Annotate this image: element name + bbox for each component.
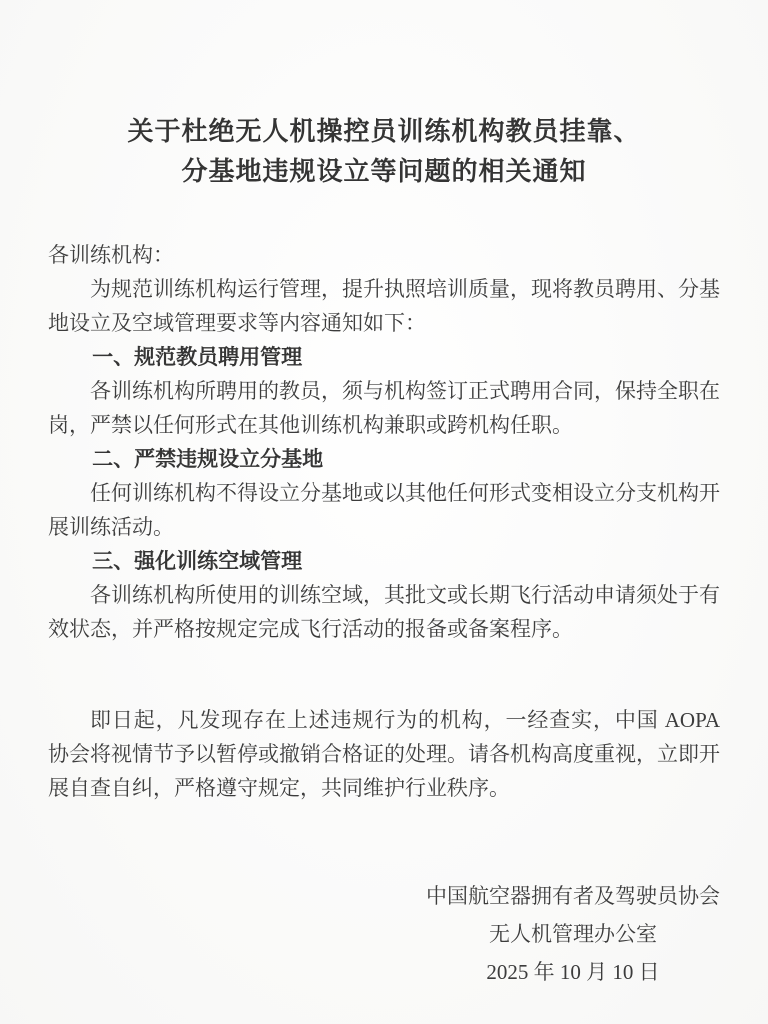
- signature-office: 无人机管理办公室: [426, 915, 720, 953]
- section-2-heading: 二、严禁违规设立分基地: [48, 442, 720, 476]
- section-3-body: 各训练机构所使用的训练空域，其批文或长期飞行活动申请须处于有效状态，并严格按规定…: [48, 578, 720, 646]
- signature-date: 2025 年 10 月 10 日: [426, 953, 720, 991]
- signature-inner: 中国航空器拥有者及驾驶员协会 无人机管理办公室 2025 年 10 月 10 日: [426, 877, 720, 991]
- section-2-body: 任何训练机构不得设立分基地或以其他任何形式变相设立分支机构开展训练活动。: [48, 476, 720, 544]
- intro-paragraph: 为规范训练机构运行管理，提升执照培训质量，现将教员聘用、分基地设立及空域管理要求…: [48, 272, 720, 340]
- closing-paragraph: 即日起，凡发现存在上述违规行为的机构，一经查实，中国 AOPA 协会将视情节予以…: [48, 703, 720, 805]
- page-title-line-1: 关于杜绝无人机操控员训练机构教员挂靠、: [48, 112, 720, 152]
- section-1-heading: 一、规范教员聘用管理: [48, 340, 720, 374]
- signature-organization: 中国航空器拥有者及驾驶员协会: [426, 877, 720, 915]
- notice-document-page: 关于杜绝无人机操控员训练机构教员挂靠、 分基地违规设立等问题的相关通知 各训练机…: [0, 0, 768, 1024]
- section-3-heading: 三、强化训练空域管理: [48, 544, 720, 578]
- section-1-body: 各训练机构所聘用的教员，须与机构签订正式聘用合同，保持全职在岗，严禁以任何形式在…: [48, 374, 720, 442]
- salutation: 各训练机构：: [48, 238, 720, 272]
- page-title: 关于杜绝无人机操控员训练机构教员挂靠、 分基地违规设立等问题的相关通知: [48, 0, 720, 192]
- page-title-line-2: 分基地违规设立等问题的相关通知: [48, 152, 720, 192]
- signature-block: 中国航空器拥有者及驾驶员协会 无人机管理办公室 2025 年 10 月 10 日: [48, 877, 720, 991]
